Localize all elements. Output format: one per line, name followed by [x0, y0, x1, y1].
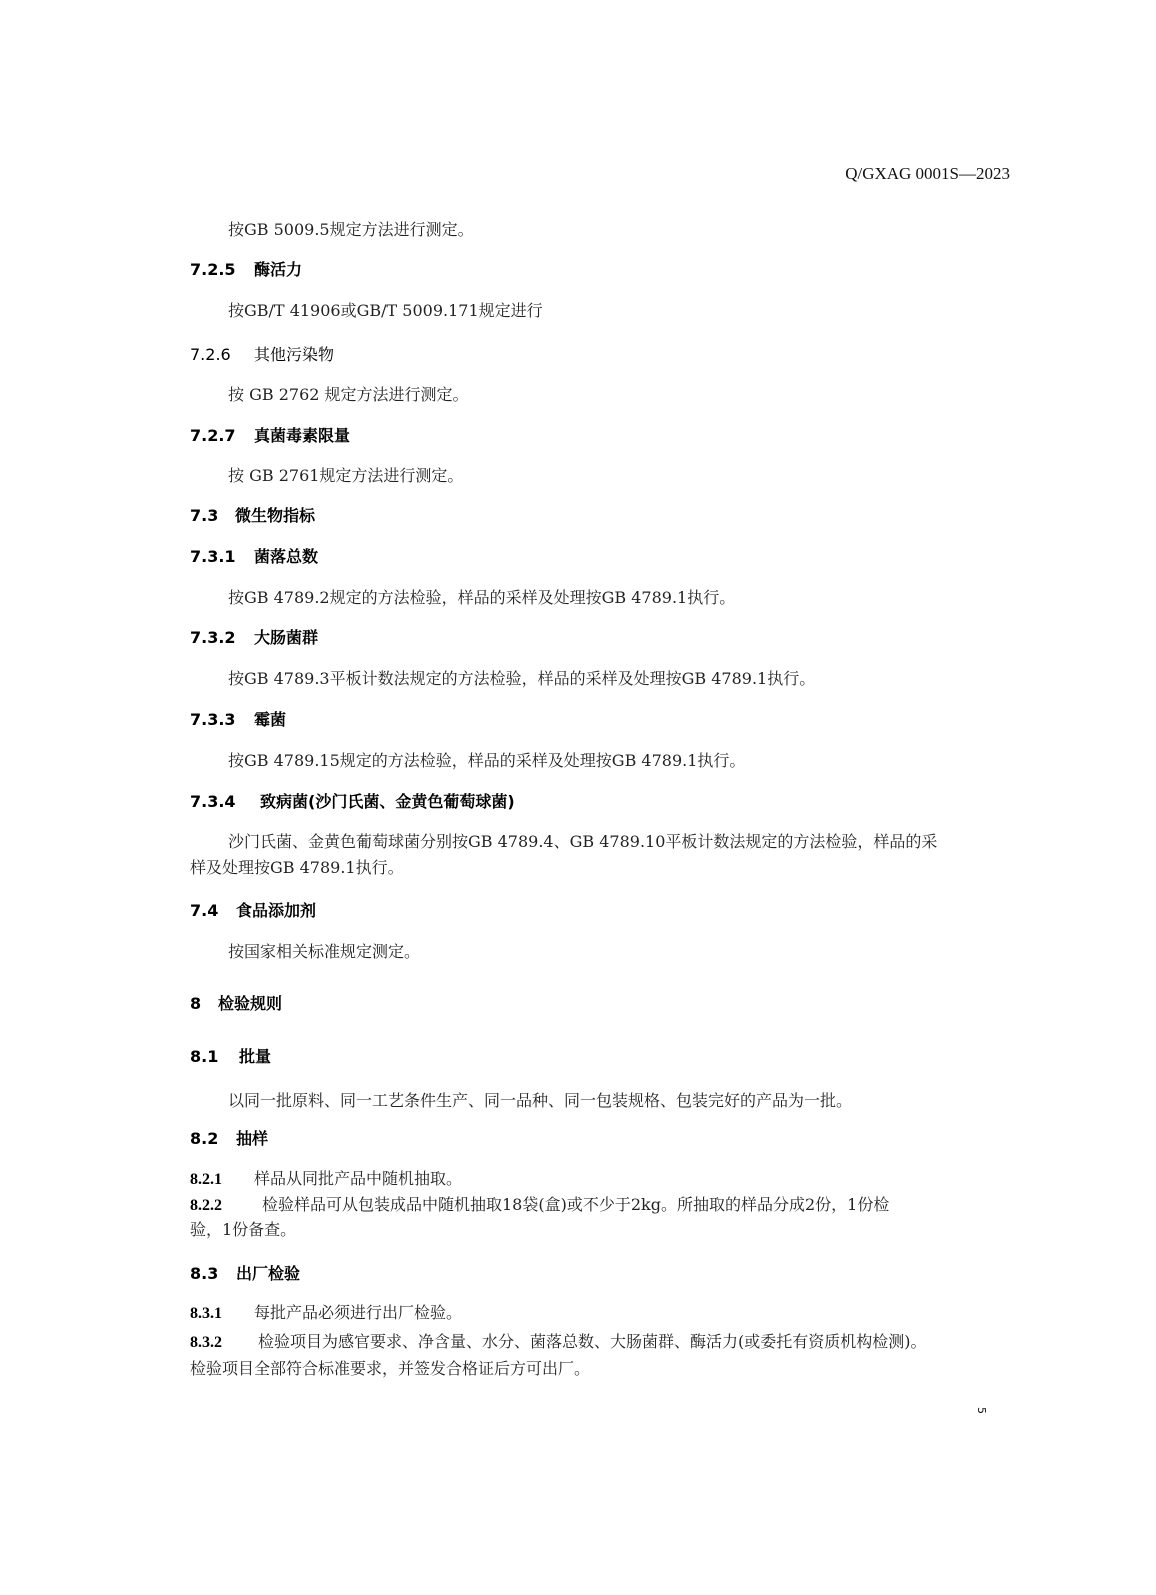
heading-7-2-7: 7.2.7真菌毒素限量	[190, 423, 350, 446]
heading-number: 7.2.7	[190, 426, 254, 445]
heading-number: 7.3.1	[190, 547, 254, 566]
heading-number: 8.2	[190, 1129, 236, 1148]
heading-number: 8.3	[190, 1264, 236, 1283]
heading-8-3: 8.3出厂检验	[190, 1261, 300, 1284]
heading-7-3-3: 7.3.3霉菌	[190, 707, 286, 730]
heading-8: 8检验规则	[190, 991, 282, 1014]
clause-8-2-2-line2: 验，1份备查。	[190, 1217, 296, 1240]
clause-8-3-2: 8.3.2检验项目为感官要求、净含量、水分、菌落总数、大肠菌群、酶活力(或委托有…	[190, 1329, 927, 1352]
paragraph-7-2-7-body: 按 GB 2761规定方法进行测定。	[228, 463, 463, 486]
heading-number: 7.3	[190, 506, 235, 525]
heading-7-3-4: 7.3.4致病菌(沙门氏菌、金黄色葡萄球菌)	[190, 789, 515, 812]
heading-7-4: 7.4食品添加剂	[190, 898, 316, 921]
heading-title: 抽样	[236, 1129, 268, 1148]
heading-number: 7.3.4	[190, 792, 260, 811]
heading-title: 真菌毒素限量	[254, 426, 350, 445]
heading-7-3-2: 7.3.2大肠菌群	[190, 625, 318, 648]
heading-number: 7.2.6	[190, 345, 254, 364]
paragraph-7-3-1-body: 按GB 4789.2规定的方法检验，样品的采样及处理按GB 4789.1执行。	[228, 585, 735, 608]
heading-number: 7.2.5	[190, 260, 254, 279]
clause-body-line1: 检验项目为感官要求、净含量、水分、菌落总数、大肠菌群、酶活力(或委托有资质机构检…	[258, 1332, 927, 1351]
heading-title: 食品添加剂	[236, 901, 316, 920]
paragraph-7-3-2-body: 按GB 4789.3平板计数法规定的方法检验，样品的采样及处理按GB 4789.…	[228, 666, 815, 689]
heading-title: 霉菌	[254, 710, 286, 729]
heading-number: 8	[190, 994, 218, 1013]
heading-7-3: 7.3微生物指标	[190, 503, 315, 526]
heading-number: 7.3.3	[190, 710, 254, 729]
clause-body: 样品从同批产品中随机抽取。	[254, 1169, 462, 1188]
heading-title: 菌落总数	[254, 547, 318, 566]
heading-title: 检验规则	[218, 994, 282, 1013]
paragraph-7-4-body: 按国家相关标准规定测定。	[228, 939, 420, 962]
clause-body-line1: 检验样品可从包装成品中随机抽取18袋(盒)或不少于2kg。所抽取的样品分成2份，…	[262, 1195, 889, 1214]
heading-7-2-5: 7.2.5酶活力	[190, 257, 302, 280]
page-number: 5	[975, 1407, 988, 1414]
heading-title: 微生物指标	[235, 506, 315, 525]
clause-8-3-2-line2: 检验项目全部符合标准要求，并签发合格证后方可出厂。	[190, 1356, 590, 1379]
paragraph-7-2-4-body: 按GB 5009.5规定方法进行测定。	[228, 217, 474, 240]
clause-number: 8.3.1	[190, 1305, 254, 1323]
clause-8-3-1: 8.3.1每批产品必须进行出厂检验。	[190, 1300, 462, 1323]
paragraph-7-2-6-body: 按 GB 2762 规定方法进行测定。	[228, 382, 469, 405]
clause-8-2-2: 8.2.2检验样品可从包装成品中随机抽取18袋(盒)或不少于2kg。所抽取的样品…	[190, 1192, 889, 1215]
heading-number: 7.3.2	[190, 628, 254, 647]
paragraph-8-1-body: 以同一批原料、同一工艺条件生产、同一品种、同一包装规格、包装完好的产品为一批。	[228, 1088, 852, 1111]
heading-title: 批量	[239, 1047, 271, 1066]
document-code-header: Q/GXAG 0001S—2023	[845, 164, 1010, 184]
paragraph-7-3-4-body-line2: 样及处理按GB 4789.1执行。	[190, 855, 404, 878]
clause-number: 8.2.1	[190, 1171, 254, 1189]
heading-title: 其他污染物	[254, 345, 334, 364]
heading-8-1: 8.1批量	[190, 1044, 271, 1067]
clause-number: 8.3.2	[190, 1334, 258, 1352]
paragraph-7-3-3-body: 按GB 4789.15规定的方法检验，样品的采样及处理按GB 4789.1执行。	[228, 748, 745, 771]
heading-7-2-6: 7.2.6其他污染物	[190, 342, 334, 365]
paragraph-7-2-5-body: 按GB/T 41906或GB/T 5009.171规定进行	[228, 298, 543, 321]
heading-title: 大肠菌群	[254, 628, 318, 647]
clause-8-2-1: 8.2.1样品从同批产品中随机抽取。	[190, 1166, 462, 1189]
heading-title: 出厂检验	[236, 1264, 300, 1283]
heading-title: 酶活力	[254, 260, 302, 279]
clause-number: 8.2.2	[190, 1197, 262, 1215]
heading-8-2: 8.2抽样	[190, 1126, 268, 1149]
heading-number: 7.4	[190, 901, 236, 920]
heading-number: 8.1	[190, 1047, 239, 1066]
heading-7-3-1: 7.3.1菌落总数	[190, 544, 318, 567]
clause-body: 每批产品必须进行出厂检验。	[254, 1303, 462, 1322]
heading-title: 致病菌(沙门氏菌、金黄色葡萄球菌)	[260, 792, 515, 811]
paragraph-7-3-4-body-line1: 沙门氏菌、金黄色葡萄球菌分别按GB 4789.4、GB 4789.10平板计数法…	[228, 829, 937, 852]
